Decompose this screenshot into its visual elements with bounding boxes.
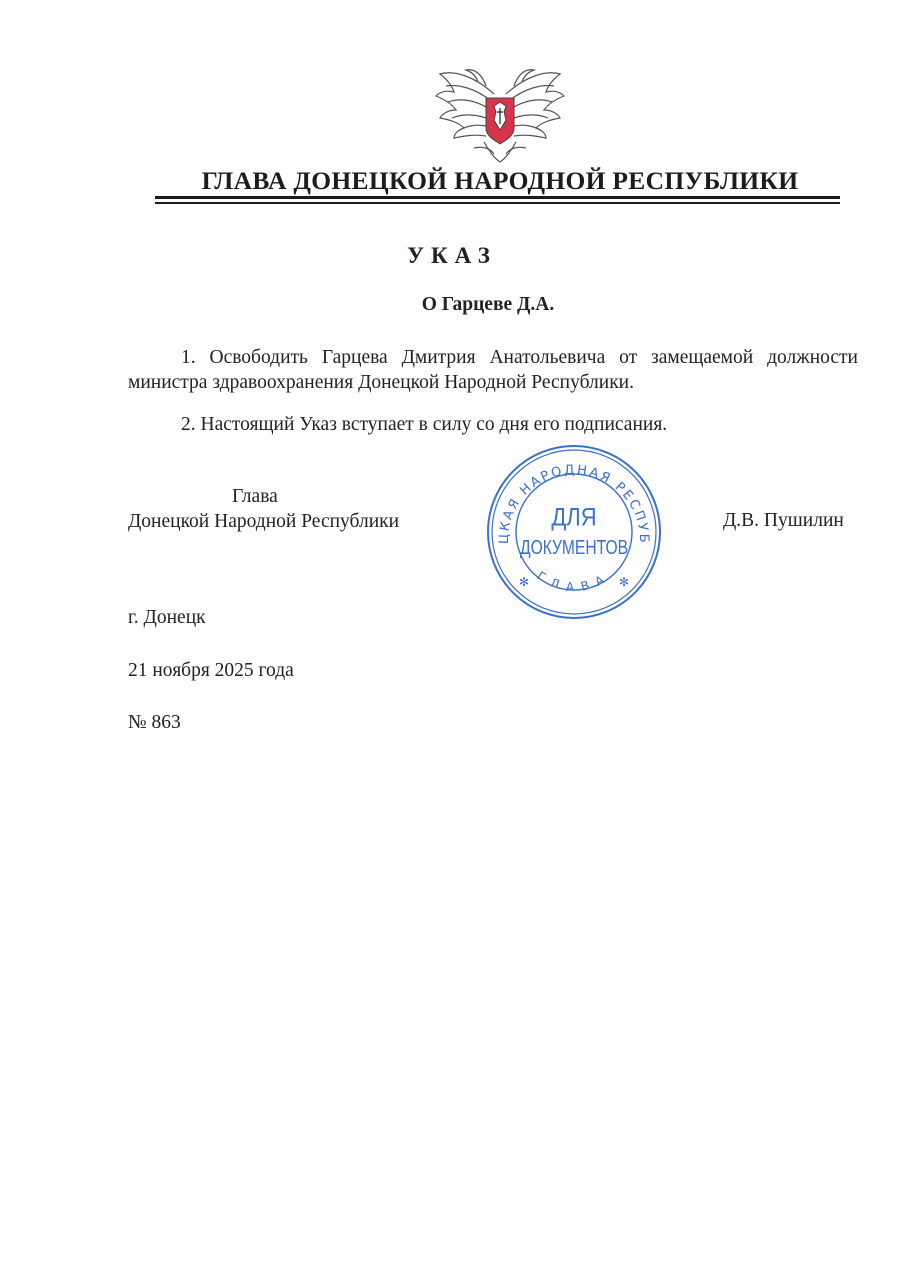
svg-text:ГЛАВА: ГЛАВА [535, 569, 614, 594]
signatory-name: Д.В. Пушилин [723, 510, 844, 532]
stamp-ring-text-bottom: ГЛАВА [535, 569, 614, 594]
issuing-authority-title: ГЛАВА ДОНЕЦКОЙ НАРОДНОЙ РЕСПУБЛИКИ [150, 166, 850, 196]
signatory-position: Глава Донецкой Народной Республики [128, 484, 399, 534]
official-seal-stamp: ДОНЕЦКАЯ НАРОДНАЯ РЕСПУБЛИКА ГЛАВА ✻ ✻ Д… [484, 444, 664, 620]
decree-number: № 863 [128, 712, 181, 734]
stamp-center-line2: ДОКУМЕНТОВ [520, 537, 628, 559]
stamp-star-left-icon: ✻ [519, 575, 529, 589]
document-type: УКАЗ [0, 243, 904, 269]
stamp-center-line1: ДЛЯ [551, 504, 596, 532]
signatory-position-line2: Донецкой Народной Республики [128, 509, 399, 534]
header-rule-thin [155, 202, 840, 204]
place-of-signing: г. Донецк [128, 607, 206, 629]
stamp-star-right-icon: ✻ [619, 575, 629, 589]
paragraph-2: 2. Настоящий Указ вступает в силу со дня… [128, 412, 858, 437]
document-subject: О Гарцеве Д.А. [0, 294, 904, 316]
date-of-signing: 21 ноября 2025 года [128, 660, 294, 682]
paragraph-1: 1. Освободить Гарцева Дмитрия Анатольеви… [128, 345, 858, 395]
header-rule-thick [155, 196, 840, 199]
signatory-position-line1: Глава [128, 484, 399, 509]
coat-of-arms-emblem [434, 56, 566, 166]
